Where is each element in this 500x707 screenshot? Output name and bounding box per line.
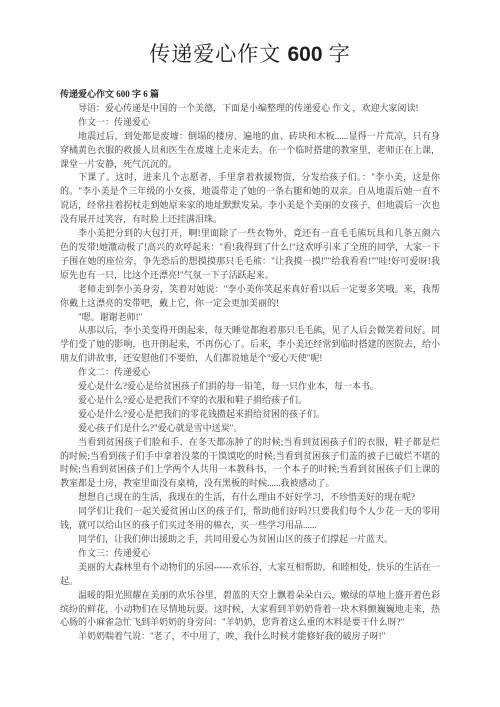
title-text: 传递爱心作文 <box>149 42 281 66</box>
paragraph: 想想自己现在的生活，我现在的生活，有什么理由不好好学习，不珍惜美好的现在呢? <box>60 491 440 505</box>
paragraph: 同学们，让我们伸出援助之手，共同用爱心为贫困山区的孩子们撑起一片蓝天。 <box>60 533 440 547</box>
paragraph: 羊奶奶喘着气说："老了，不中用了，唉，我什么时候才能修好我的破房子呀!" <box>60 630 440 644</box>
title-suffix: 字 <box>329 42 351 66</box>
title-number: 600 <box>287 43 322 66</box>
paragraph: 老师走到李小美身旁，笑着对她说："李小美你笑起来真好看!以后一定要多笑哦。来，我… <box>60 283 440 311</box>
paragraph: "嗯。谢谢老师!" <box>60 311 440 325</box>
paragraph: 温暖的阳光照耀在美丽的欢乐谷里，碧蓝的天空上飘着朵朵白云，嫩绿的草地上盛开着色彩… <box>60 589 440 631</box>
document-title: 传递爱心作文 600 字 <box>0 38 500 68</box>
document-body: 传递爱心作文 600 字 6 篇导语：爱心传递是中国的一个美德，下面是小编整理的… <box>60 88 440 644</box>
paragraph: 当看到贫困孩子们脸和手、在冬天都冻肿了的时候;当看到贫困孩子们的衣服，鞋子都是烂… <box>60 436 440 492</box>
paragraph: 作文二：传递爱心 <box>60 366 440 380</box>
paragraph: 从那以后，李小美变得开朗起来，每天睡觉都抱着那只毛毛熊，见了人后会微笑着问好。同… <box>60 324 440 366</box>
document-page: 传递爱心作文 600 字 传递爱心作文 600 字 6 篇导语：爱心传递是中国的… <box>0 0 500 707</box>
paragraph: 爱心是什么?爱心是把我们不穿的衣服和鞋子捐给孩子们。 <box>60 394 440 408</box>
document-subtitle: 传递爱心作文 600 字 6 篇 <box>60 88 440 102</box>
paragraph: 爱心是什么?爱心是给贫困孩子们捐的每一铅笔，每一只作业本，每一本书。 <box>60 380 440 394</box>
paragraph: 作文三：传递爱心 <box>60 547 440 561</box>
paragraph: 下课了。这时，进来几个志愿者，手里拿着救援物资，分发给孩子们。："李小美，这是你… <box>60 171 440 227</box>
paragraph: 导语：爱心传递是中国的一个美德，下面是小编整理的传递爱心 作文 ，欢迎大家阅读! <box>60 102 440 116</box>
paragraph: 爱心孩子们是什么?"爱心就是雪中送炭"。 <box>60 422 440 436</box>
paragraph: 地震过后，到处都是废墟：倒塌的楼房、遍地的血、砖块和木板......显得一片荒凉… <box>60 130 440 172</box>
paragraph: 同学们让我们一起关爱贫困山区的孩子们，帮助他们好吗?只要我们每个人少花一天的零用… <box>60 505 440 533</box>
paragraph: 作文一：传递爱心 <box>60 116 440 130</box>
paragraph: 美丽的大森林里有个动物们的乐园------欢乐谷，大家互相帮助，和睦相处，快乐的… <box>60 561 440 589</box>
paragraph: 爱心是什么?爱心是把我们的零花钱攒起来捐给贫困的孩子们。 <box>60 408 440 422</box>
paragraph: 李小美把分到的大包打开，啊!里面除了一些衣物外，竟还有一直毛毛熊玩具和几条五颜六… <box>60 227 440 283</box>
